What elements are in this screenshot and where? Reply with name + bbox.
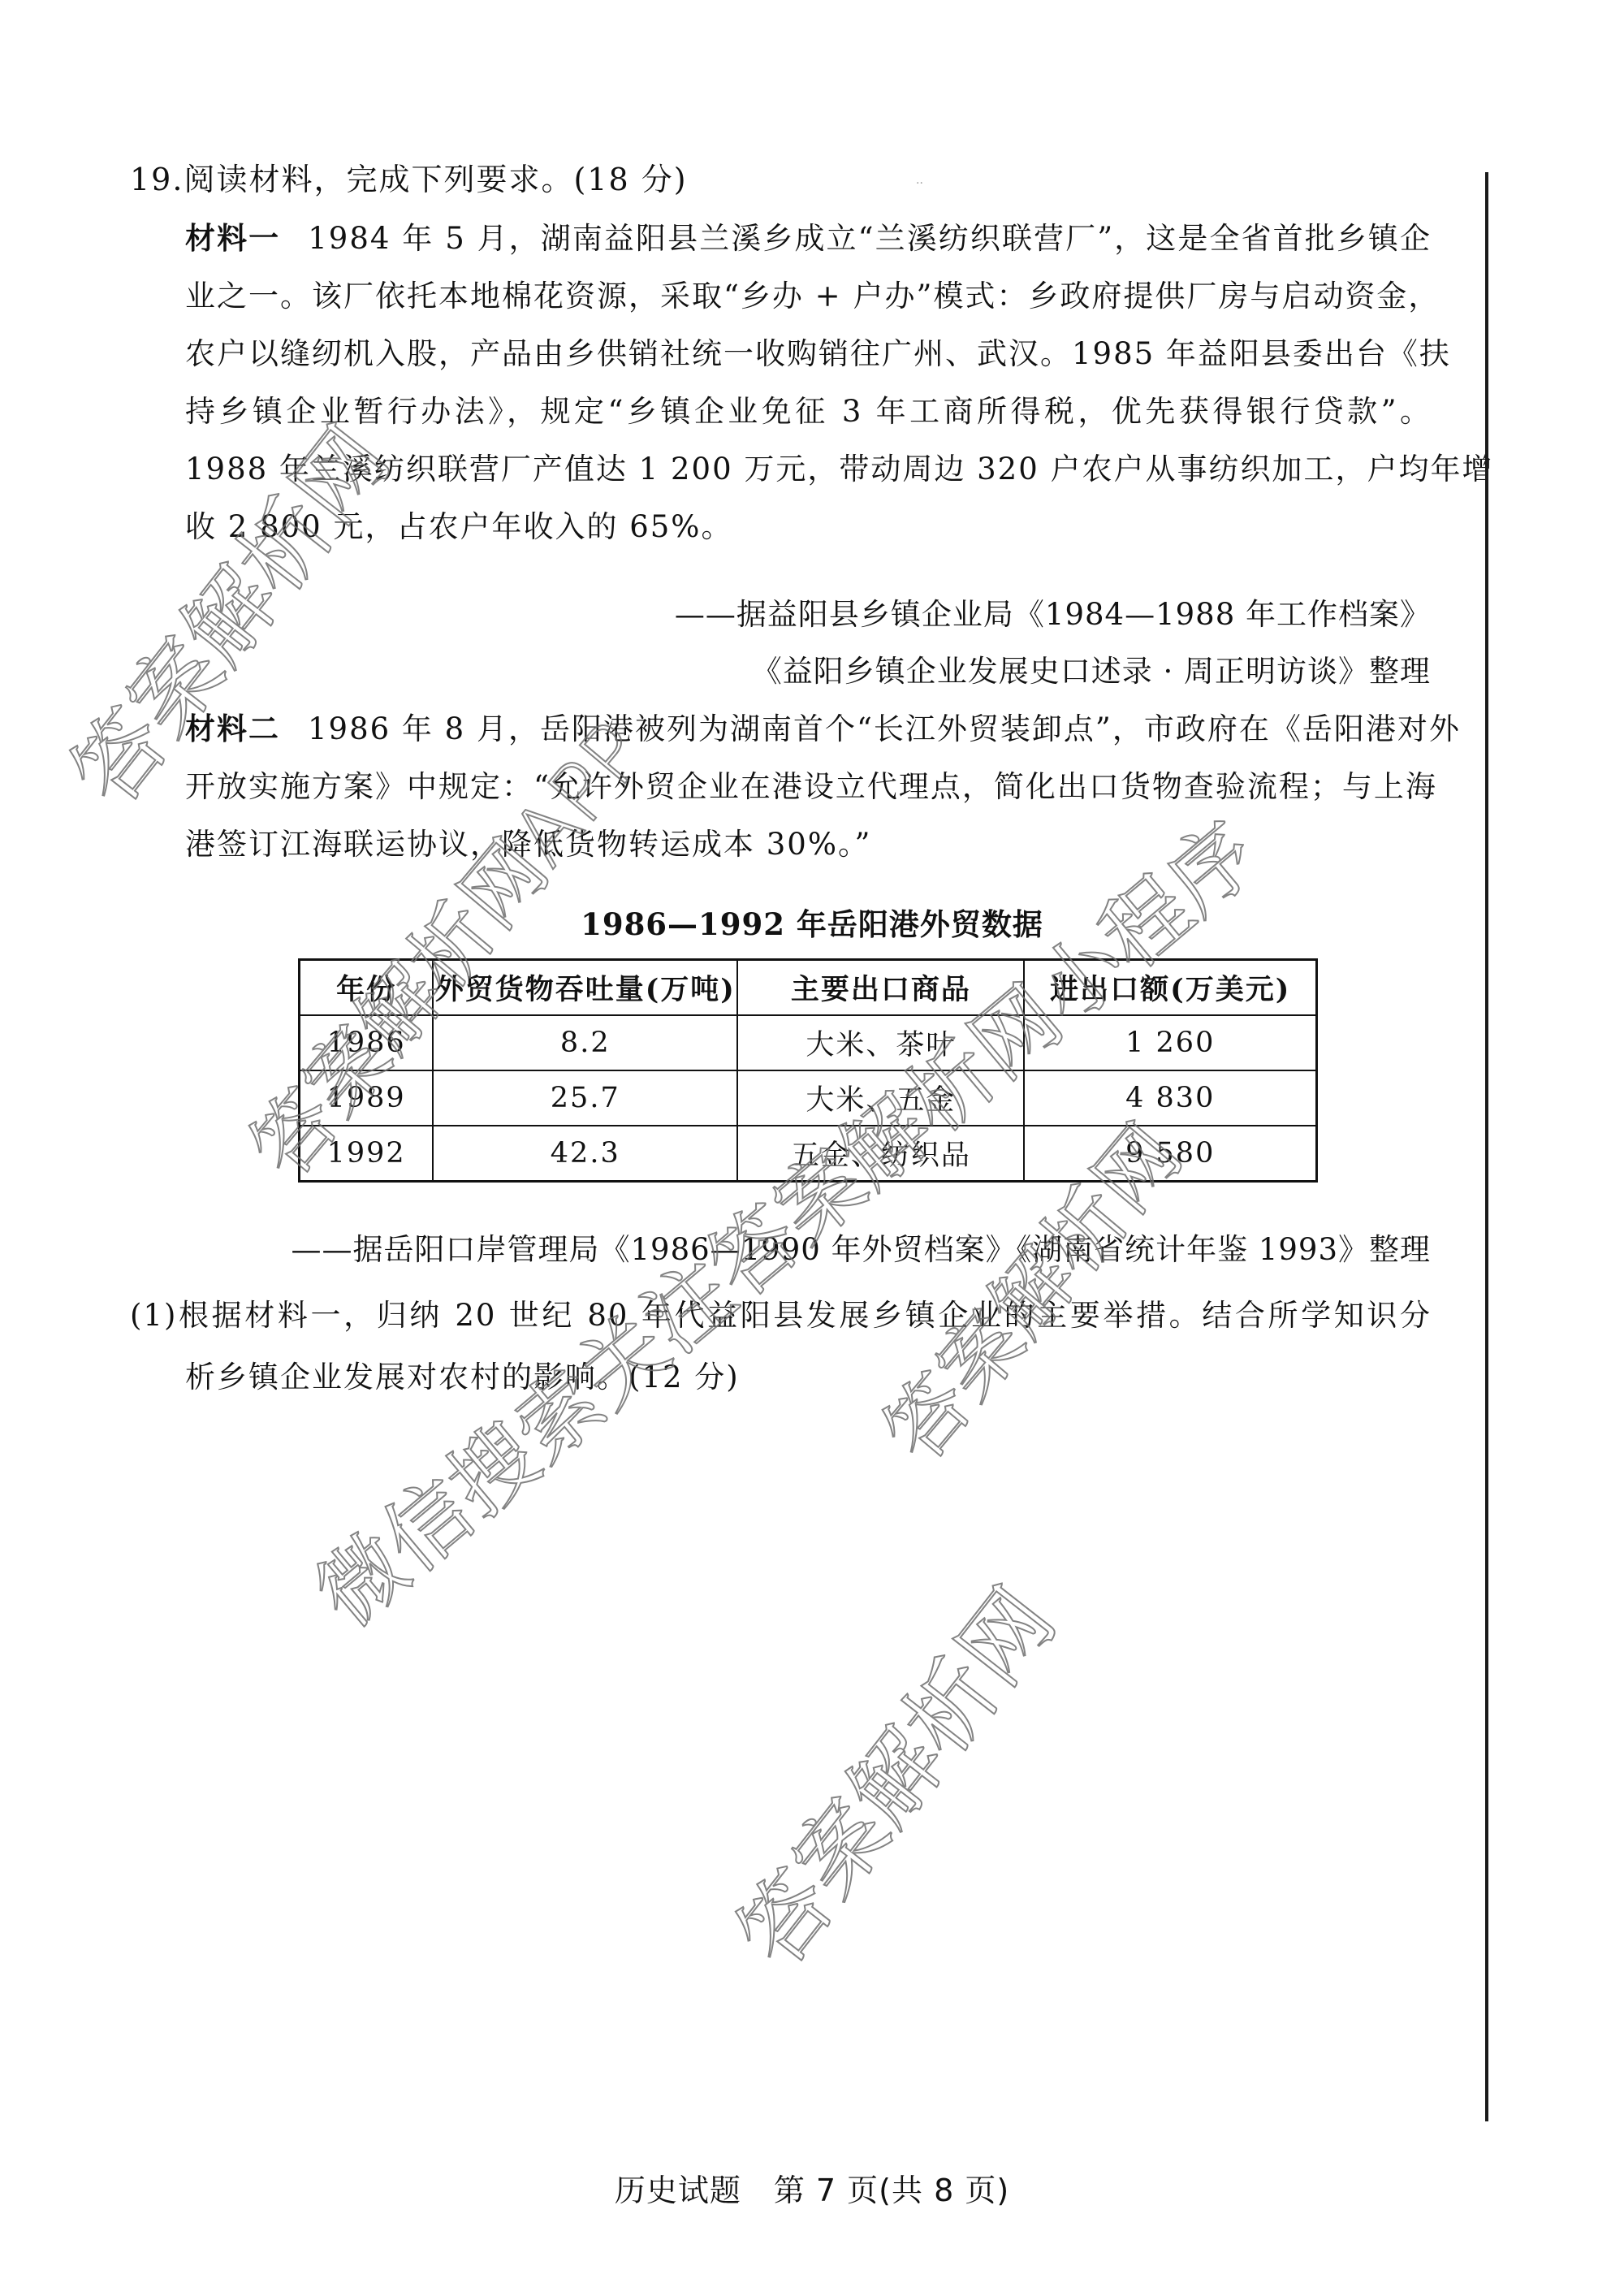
table-row: 1992 42.3 五金、纺织品 9 580 (300, 1126, 1317, 1182)
cell-year: 1986 (300, 1015, 434, 1070)
sub-question-1: (1)根据材料一，归纳 20 世纪 80 年代益阳县发展乡镇企业的主要举措。结合… (130, 1285, 1432, 1408)
material-one: 材料一1984 年 5 月，湖南益阳县兰溪乡成立“兰溪纺织联营厂”，这是全省首批… (185, 210, 1432, 556)
cell-volume: 8.2 (433, 1015, 737, 1070)
material-one-line-1: 材料一1984 年 5 月，湖南益阳县兰溪乡成立“兰溪纺织联营厂”，这是全省首批… (185, 210, 1432, 267)
material-one-source-1: ——据益阳县乡镇企业局《1984—1988 年工作档案》 (675, 590, 1431, 633)
header-volume: 外贸货物吞吐量(万吨) (433, 960, 737, 1016)
material-one-line-3: 农户以缝纫机入股，产品由乡供销社统一收购销往广州、武汉。1985 年益阳县委出台… (185, 325, 1432, 383)
cell-goods: 五金、纺织品 (737, 1126, 1024, 1182)
question-prompt: 阅读材料，完成下列要求。(18 分) (184, 162, 687, 197)
material-two-line-1: 材料二1986 年 8 月，岳阳港被列为湖南首个“长江外贸装卸点”，市政府在《岳… (185, 700, 1432, 758)
footer-page-number: 第 7 页(共 8 页) (774, 2173, 1009, 2208)
table-row: 1986 8.2 大米、茶叶 1 260 (300, 1015, 1317, 1070)
cell-year: 1989 (300, 1070, 434, 1126)
material-one-line-5: 1988 年兰溪纺织联营厂产值达 1 200 万元，带动周边 320 户农户从事… (185, 440, 1432, 498)
material-one-line-4: 持乡镇企业暂行办法》，规定“乡镇企业免征 3 年工商所得税，优先获得银行贷款”。 (185, 383, 1432, 440)
material-one-source-2: 《益阳乡镇企业发展史口述录 · 周正明访谈》整理 (752, 646, 1431, 690)
cell-volume: 42.3 (433, 1126, 737, 1182)
material-one-line-2: 业之一。该厂依托本地棉花资源，采取“乡办 + 户办”模式：乡政府提供厂房与启动资… (185, 267, 1432, 325)
scan-artifact: ·· (916, 177, 923, 190)
material-two-source: ——据岳阳口岸管理局《1986—1990 年外贸档案》《湖南省统计年鉴 1993… (291, 1225, 1431, 1269)
watermark: 答案解析网 (702, 1557, 1078, 1988)
cell-goods: 大米、茶叶 (737, 1015, 1024, 1070)
cell-volume: 25.7 (433, 1070, 737, 1126)
material-two-line-2: 开放实施方案》中规定：“允许外贸企业在港设立代理点，简化出口货物查验流程；与上海 (185, 758, 1432, 815)
material-two-line-3: 港签订江海联运协议，降低货物转运成本 30%。” (185, 815, 1432, 873)
margin-rule (1485, 172, 1488, 2121)
header-year: 年份 (300, 960, 434, 1016)
material-one-label: 材料一 (185, 220, 280, 256)
material-one-line-6: 收 2 800 元，占农户年收入的 65%。 (185, 498, 1432, 556)
sub-question-1-line-2: 析乡镇企业发展对农村的影响。(12 分) (130, 1347, 1432, 1408)
material-two-label: 材料二 (185, 711, 280, 746)
cell-amount: 9 580 (1024, 1126, 1316, 1182)
cell-year: 1992 (300, 1126, 434, 1182)
cell-goods: 大米、五金 (737, 1070, 1024, 1126)
cell-amount: 1 260 (1024, 1015, 1316, 1070)
question-number: 19. (130, 162, 184, 197)
exam-page: ·· 19.阅读材料，完成下列要求。(18 分) 材料一1984 年 5 月，湖… (0, 0, 1624, 2296)
footer-subject: 历史试题 (615, 2173, 741, 2208)
table-header-row: 年份 外贸货物吞吐量(万吨) 主要出口商品 进出口额(万美元) (300, 960, 1317, 1016)
material-two: 材料二1986 年 8 月，岳阳港被列为湖南首个“长江外贸装卸点”，市政府在《岳… (185, 700, 1432, 873)
table-row: 1989 25.7 大米、五金 4 830 (300, 1070, 1317, 1126)
trade-data-table: 年份 外贸货物吞吐量(万吨) 主要出口商品 进出口额(万美元) 1986 8.2… (298, 958, 1318, 1183)
page-footer: 历史试题第 7 页(共 8 页) (0, 2165, 1624, 2210)
header-amount: 进出口额(万美元) (1024, 960, 1316, 1016)
header-goods: 主要出口商品 (737, 960, 1024, 1016)
cell-amount: 4 830 (1024, 1070, 1316, 1126)
question-heading: 19.阅读材料，完成下列要求。(18 分) (130, 159, 688, 200)
sub-question-1-line-1: (1)根据材料一，归纳 20 世纪 80 年代益阳县发展乡镇企业的主要举措。结合… (130, 1285, 1432, 1347)
table-caption: 1986—1992 年岳阳港外贸数据 (0, 900, 1624, 944)
